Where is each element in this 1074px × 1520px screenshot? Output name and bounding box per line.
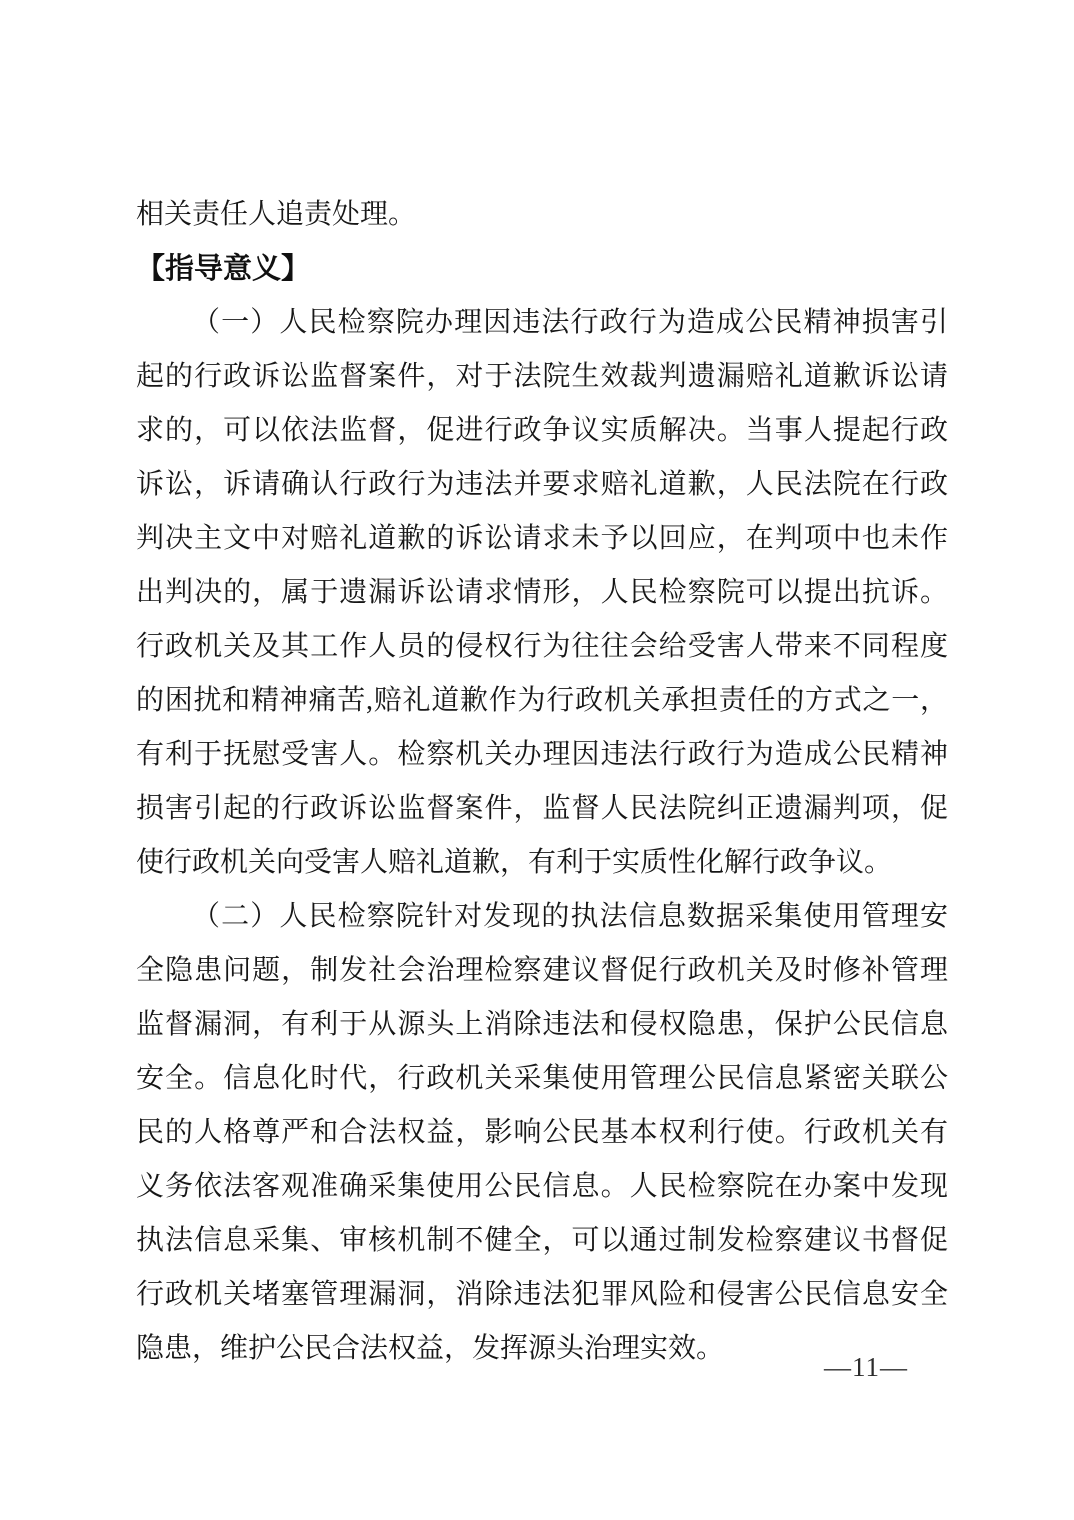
text-line: 安全。信息化时代，行政机关采集使用管理公民信息紧密关联公 (136, 1052, 948, 1106)
document-page: 相关责任人追责处理。 【指导意义】 （一）人民检察院办理因违法行政行为造成公民精… (0, 0, 1074, 1520)
page-content: 相关责任人追责处理。 【指导意义】 （一）人民检察院办理因违法行政行为造成公民精… (136, 188, 948, 1376)
text-line: 义务依法客观准确采集使用公民信息。人民检察院在办案中发现 (136, 1160, 948, 1214)
text-line: 全隐患问题，制发社会治理检察建议督促行政机关及时修补管理 (136, 944, 948, 998)
text-line: （二）人民检察院针对发现的执法信息数据采集使用管理安 (136, 890, 948, 944)
text-line: 的困扰和精神痛苦,赔礼道歉作为行政机关承担责任的方式之一， (136, 674, 948, 728)
continuation-text: 相关责任人追责处理。 (136, 188, 948, 242)
text-line: 求的，可以依法监督，促进行政争议实质解决。当事人提起行政 (136, 404, 948, 458)
text-line: 民的人格尊严和合法权益，影响公民基本权利行使。行政机关有 (136, 1106, 948, 1160)
text-line: 出判决的，属于遗漏诉讼请求情形，人民检察院可以提出抗诉。 (136, 566, 948, 620)
text-line: 损害引起的行政诉讼监督案件，监督人民法院纠正遗漏判项，促 (136, 782, 948, 836)
paragraph-1: （一）人民检察院办理因违法行政行为造成公民精神损害引起的行政诉讼监督案件，对于法… (136, 296, 948, 890)
section-heading: 【指导意义】 (136, 242, 948, 296)
text-line: 监督漏洞，有利于从源头上消除违法和侵权隐患，保护公民信息 (136, 998, 948, 1052)
text-line: 执法信息采集、审核机制不健全，可以通过制发检察建议书督促 (136, 1214, 948, 1268)
text-line: 起的行政诉讼监督案件，对于法院生效裁判遗漏赔礼道歉诉讼请 (136, 350, 948, 404)
paragraph-2: （二）人民检察院针对发现的执法信息数据采集使用管理安全隐患问题，制发社会治理检察… (136, 890, 948, 1376)
text-line: 判决主文中对赔礼道歉的诉讼请求未予以回应，在判项中也未作 (136, 512, 948, 566)
text-line: 有利于抚慰受害人。检察机关办理因违法行政行为造成公民精神 (136, 728, 948, 782)
text-line: 使行政机关向受害人赔礼道歉，有利于实质性化解行政争议。 (136, 836, 948, 890)
text-line: 行政机关及其工作人员的侵权行为往往会给受害人带来不同程度 (136, 620, 948, 674)
page-number: —11— (824, 1349, 908, 1385)
text-line: 行政机关堵塞管理漏洞，消除违法犯罪风险和侵害公民信息安全 (136, 1268, 948, 1322)
text-line: 诉讼，诉请确认行政行为违法并要求赔礼道歉，人民法院在行政 (136, 458, 948, 512)
text-line: （一）人民检察院办理因违法行政行为造成公民精神损害引 (136, 296, 948, 350)
